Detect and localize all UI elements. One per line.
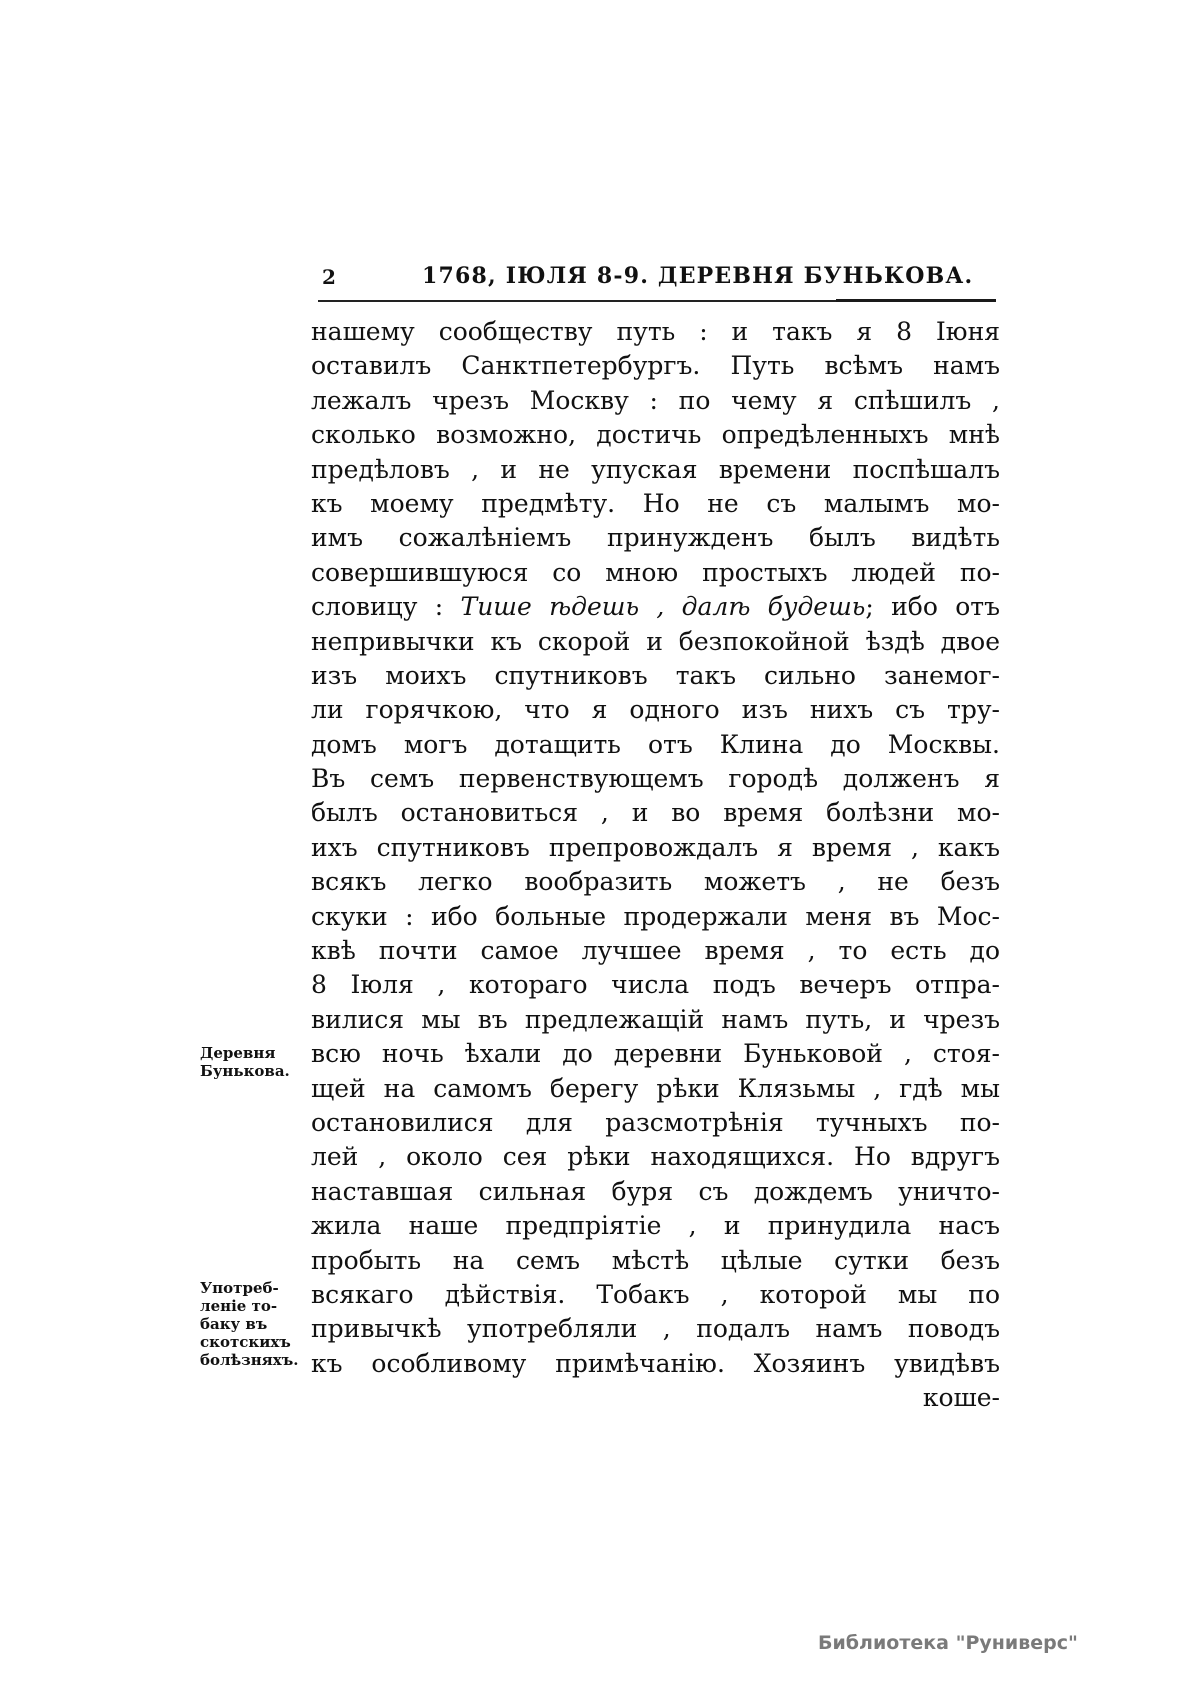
text-line: непривычки къ скорой и безпокойной ѣздѣ … (311, 625, 1000, 659)
text-line: сколько возможно, достичь опредѣленныхъ … (311, 418, 1000, 452)
library-watermark: Библиотека "Руниверс" (818, 1632, 1078, 1654)
text-line: предѣловъ , и не упуская времени поспѣша… (311, 453, 1000, 487)
text-line: привычкѣ употребляли , подалъ намъ повод… (311, 1312, 1000, 1346)
text-line: остановилися для разсмотрѣнія тучныхъ по… (311, 1106, 1000, 1140)
running-head: 2 1768, ІЮЛЯ 8-9. ДЕРЕВНЯ БУНЬКОВА. (322, 263, 1002, 295)
text-line: вилися мы въ предлежащій намъ путь, и чр… (311, 1003, 1000, 1037)
text-line: лей , около сея рѣки находящихся. Но вдр… (311, 1140, 1000, 1174)
text-line: всю ночь ѣхали до деревни Буньковой , ст… (311, 1037, 1000, 1071)
margin-note-line: Бунькова. (200, 1062, 290, 1080)
margin-note-village: Деревня Бунькова. (200, 1044, 290, 1080)
text-line: изъ моихъ спутниковъ такъ сильно занемог… (311, 659, 1000, 693)
text-line: Въ семъ первенствующемъ городѣ долженъ я (311, 762, 1000, 796)
text-line: скуки : ибо больные продержали меня въ М… (311, 900, 1000, 934)
text-line: нашему сообществу путь : и такъ я 8 Іюня (311, 315, 1000, 349)
text-line: всякъ легко вообразить можетъ , не безъ (311, 865, 1000, 899)
margin-note-tobacco: Употреб- леніе то- баку въ скотскихъ бол… (200, 1279, 298, 1369)
margin-note-line: Деревня (200, 1044, 290, 1062)
text-line: былъ остановиться , и во время болѣзни м… (311, 796, 1000, 830)
text-line: къ моему предмѣту. Но не съ малымъ мо- (311, 487, 1000, 521)
text-line: лежалъ чрезъ Москву : по чему я спѣшилъ … (311, 384, 1000, 418)
text-line: имъ сожалѣніемъ принужденъ былъ видѣть (311, 521, 1000, 555)
catchword: коше- (311, 1381, 1000, 1415)
text-line: совершившуюся со мною простыхъ людей по- (311, 556, 1000, 590)
text-segment: словицу : (311, 592, 461, 621)
margin-note-line: болѣзняхъ. (200, 1351, 298, 1369)
text-line-with-proverb: словицу : Тише ѣдешь , далѣ будешь; ибо … (311, 590, 1000, 624)
text-line: жила наше предпріятіе , и принудила насъ (311, 1209, 1000, 1243)
margin-note-line: Употреб- (200, 1279, 298, 1297)
margin-note-line: баку въ (200, 1315, 298, 1333)
header-rule-divider (318, 300, 996, 302)
italic-proverb: Тише ѣдешь , далѣ будешь (461, 592, 866, 621)
text-line: домъ могъ дотащить отъ Клина до Москвы. (311, 728, 1000, 762)
page-number: 2 (322, 265, 337, 289)
margin-note-line: скотскихъ (200, 1333, 298, 1351)
text-line: оставилъ Санктпетербургъ. Путь всѣмъ нам… (311, 349, 1000, 383)
text-line: квѣ почти самое лучшее время , то есть д… (311, 934, 1000, 968)
text-segment: ; ибо отъ (865, 592, 1000, 621)
text-line: щей на самомъ берегу рѣки Клязьмы , гдѣ … (311, 1072, 1000, 1106)
text-line: всякаго дѣйствія. Тобакъ , которой мы по (311, 1278, 1000, 1312)
body-text: нашему сообществу путь : и такъ я 8 Іюня… (311, 315, 1000, 1416)
text-line: 8 Іюля , котораго числа подъ вечеръ отпр… (311, 968, 1000, 1002)
text-line: наставшая сильная буря съ дождемъ уничто… (311, 1175, 1000, 1209)
margin-note-line: леніе то- (200, 1297, 298, 1315)
running-head-title: 1768, ІЮЛЯ 8-9. ДЕРЕВНЯ БУНЬКОВА. (422, 263, 973, 289)
text-line: къ особливому примѣчанію. Хозяинъ увидѣв… (311, 1347, 1000, 1381)
text-line: пробыть на семъ мѣстѣ цѣлые сутки безъ (311, 1244, 1000, 1278)
book-page: 2 1768, ІЮЛЯ 8-9. ДЕРЕВНЯ БУНЬКОВА. наше… (0, 0, 1200, 1703)
text-line: ли горячкою, что я одного изъ нихъ съ тр… (311, 693, 1000, 727)
text-line: ихъ спутниковъ препровождалъ я время , к… (311, 831, 1000, 865)
